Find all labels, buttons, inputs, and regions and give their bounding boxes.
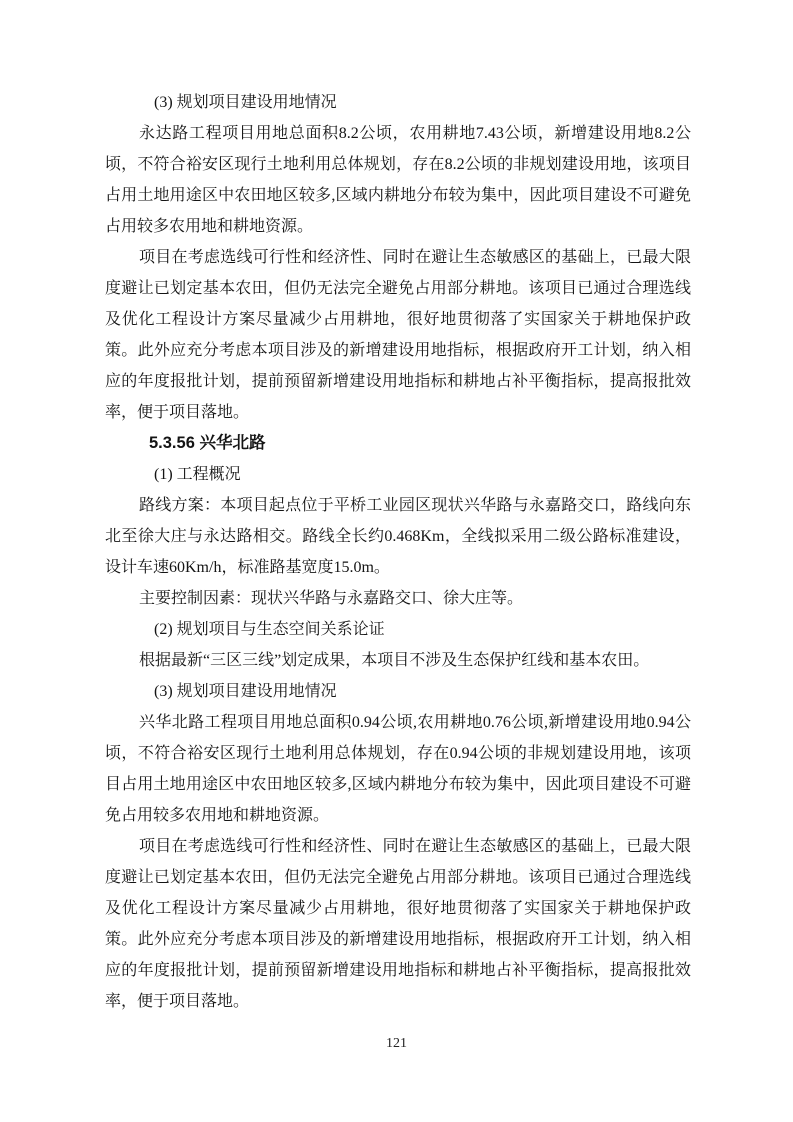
list-item-1-project-overview: (1) 工程概况 — [105, 459, 691, 490]
document-text-block: (3) 规划项目建设用地情况 永达路工程项目用地总面积8.2公顷，农用耕地7.4… — [105, 87, 691, 1017]
para-route-plan: 路线方案：本项目起点位于平桥工业园区现状兴华路与永嘉路交口，路线向东北至徐大庄与… — [105, 490, 691, 583]
section-heading-5-3-56-xinghua-north-road: 5.3.56 兴华北路 — [105, 428, 691, 459]
page-number: 121 — [386, 1036, 407, 1051]
page-footer: 121 — [0, 1034, 793, 1054]
list-item-3-land-use-xinghua: (3) 规划项目建设用地情况 — [105, 676, 691, 707]
para-yongda-land-area: 永达路工程项目用地总面积8.2公顷，农用耕地7.43公顷，新增建设用地8.2公顷… — [105, 118, 691, 242]
para-three-zones-three-lines: 根据最新“三区三线”划定成果，本项目不涉及生态保护红线和基本农田。 — [105, 645, 691, 676]
para-yongda-route-selection: 项目在考虑选线可行性和经济性、同时在避让生态敏感区的基础上，已最大限度避让已划定… — [105, 242, 691, 428]
list-item-2-ecological-space: (2) 规划项目与生态空间关系论证 — [105, 614, 691, 645]
para-xinghua-land-area: 兴华北路工程项目用地总面积0.94公顷,农用耕地0.76公顷,新增建设用地0.9… — [105, 707, 691, 831]
para-xinghua-route-selection: 项目在考虑选线可行性和经济性、同时在避让生态敏感区的基础上，已最大限度避让已划定… — [105, 831, 691, 1017]
document-page: (3) 规划项目建设用地情况 永达路工程项目用地总面积8.2公顷，农用耕地7.4… — [0, 0, 793, 1122]
para-main-control-factors: 主要控制因素：现状兴华路与永嘉路交口、徐大庄等。 — [105, 583, 691, 614]
list-item-3-land-use-yongda: (3) 规划项目建设用地情况 — [105, 87, 691, 118]
